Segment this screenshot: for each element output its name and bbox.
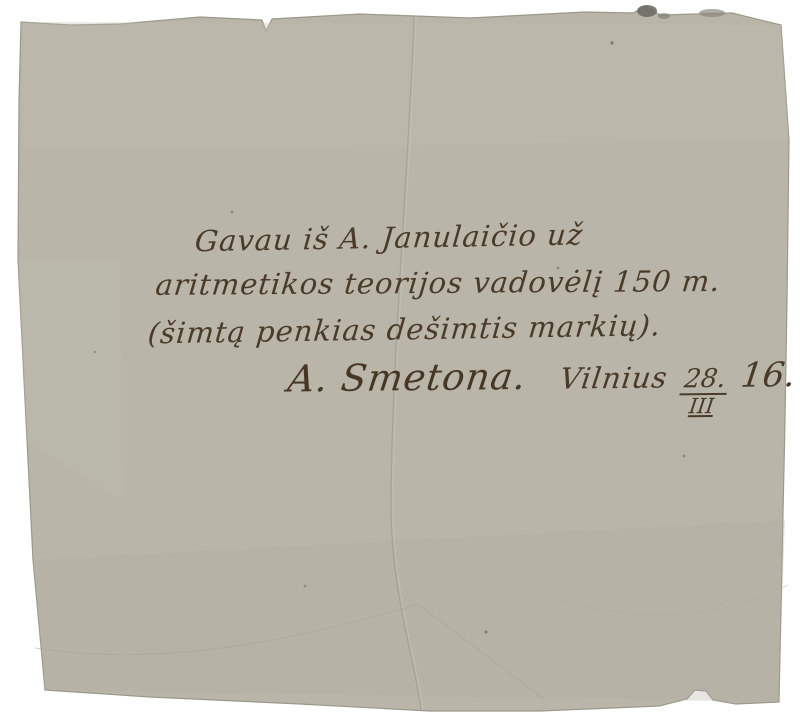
paper-speck xyxy=(304,585,307,588)
paper-speck xyxy=(484,630,487,633)
paper-shading-top xyxy=(21,22,789,150)
edge-smudge-tiny xyxy=(658,13,670,19)
paper-speck xyxy=(231,211,234,214)
paper-sheet xyxy=(0,0,800,723)
edge-smudge-large xyxy=(637,5,657,17)
scanned-document: Gavau iš A. Janulaičio už aritmetikos te… xyxy=(0,0,800,723)
paper-speck xyxy=(94,351,96,353)
paper-speck xyxy=(557,267,560,270)
edge-smudge-small xyxy=(699,9,725,17)
paper-speck xyxy=(610,41,613,44)
paper-speck xyxy=(683,455,686,458)
